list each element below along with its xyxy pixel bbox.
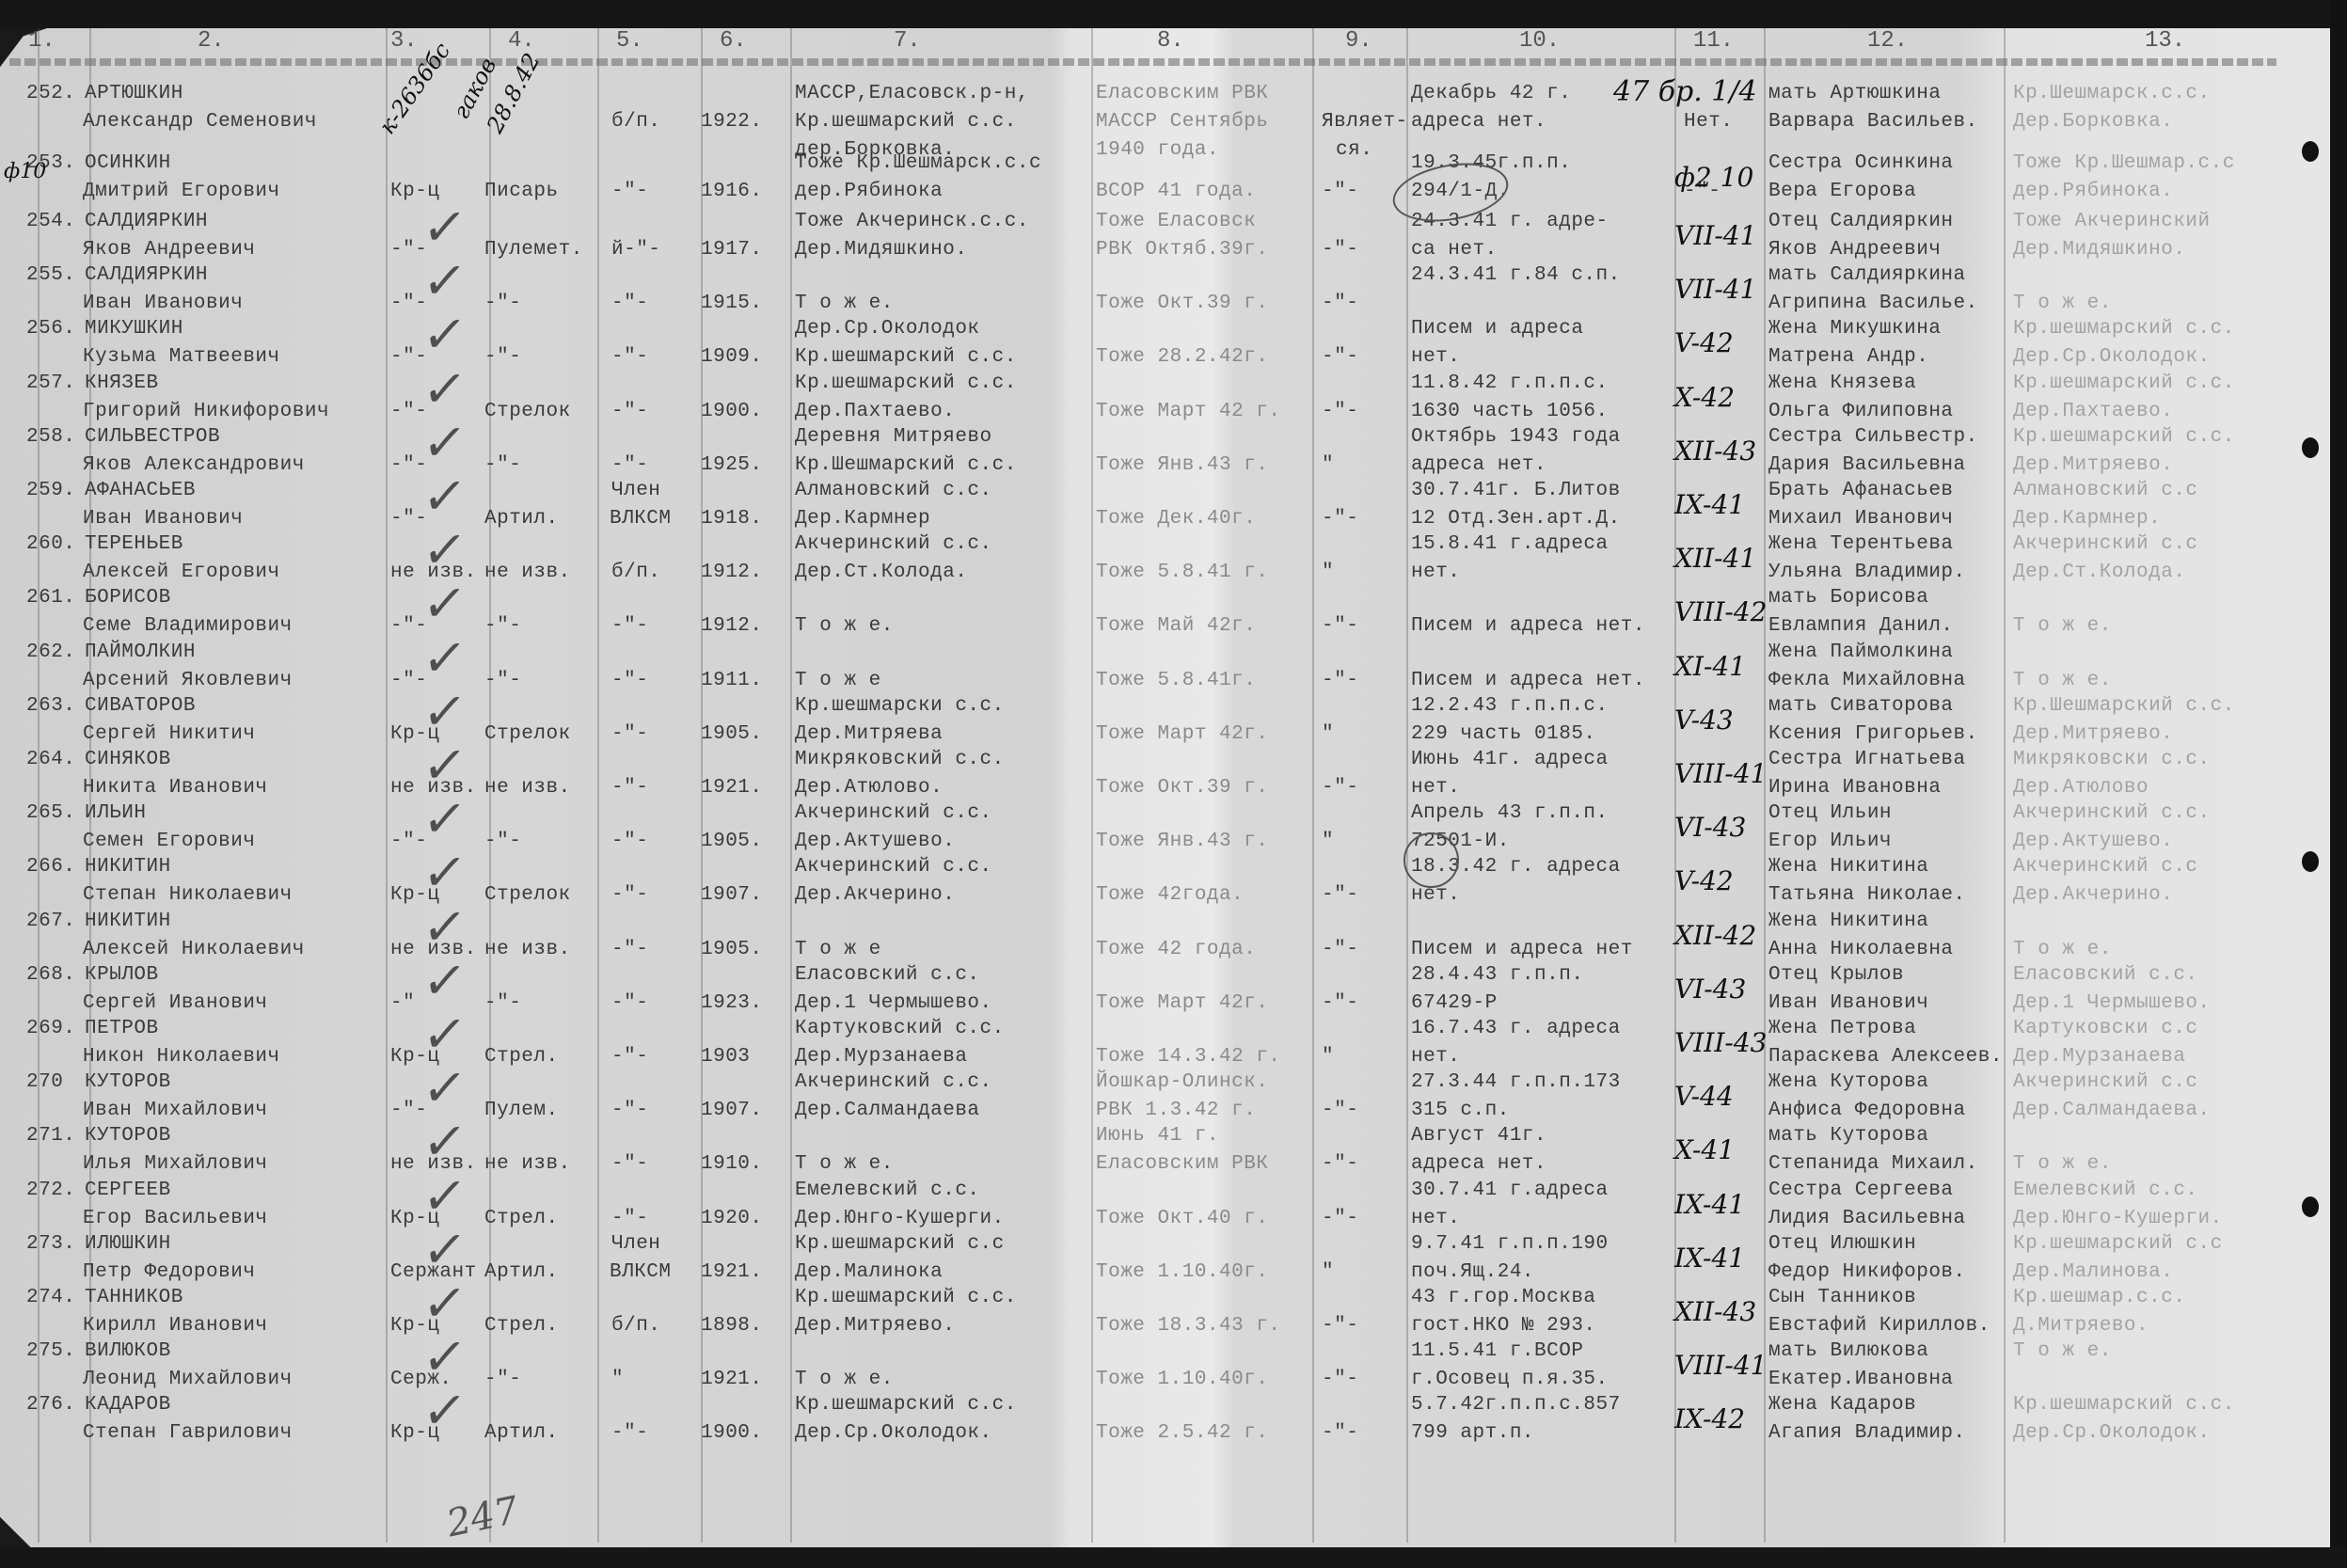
cell-c7b: Дер.1 Чермышево.: [795, 990, 992, 1017]
cell-c7a: Кр.шешмарский с.с.: [795, 1392, 1017, 1418]
cell-c5: -"-: [611, 613, 648, 640]
table-row: 257.КНЯЗЕВГригорий Никифорович-"-Стрелок…: [0, 371, 2333, 429]
cell-c12a: Жена Князева: [1768, 371, 1916, 397]
cell-c5: -"-: [611, 829, 648, 855]
cell-surname: ИЛЬИН: [85, 800, 147, 827]
cell-surname: СИНЯКОВ: [85, 747, 171, 773]
cell-c13a: Еласовский с.с.: [2013, 962, 2198, 989]
cell-c9: ": [1322, 1044, 1334, 1070]
cell-c4: не изв.: [484, 1151, 571, 1178]
cell-c8b: ВСОР 41 года.: [1096, 179, 1256, 205]
cell-c9: -"-: [1322, 613, 1358, 640]
cell-surname: САЛДИЯРКИН: [85, 209, 208, 235]
cell-c4: Артил.: [484, 1259, 559, 1286]
cell-surname: ВИЛЮКОВ: [85, 1338, 171, 1365]
cell-c12a: Сестра Сильвестр.: [1768, 424, 1978, 451]
cell-surname: ПЕТРОВ: [85, 1016, 159, 1042]
cell-c10a: 11.5.41 г.ВСОР: [1411, 1338, 1583, 1365]
cell-c10b: 229 часть 0185.: [1411, 721, 1596, 748]
handwritten-date: ф2 10: [1674, 162, 1753, 193]
cell-c4: Артил.: [484, 506, 559, 532]
cell-c4: -"-: [484, 344, 521, 371]
cell-c8a: Июнь 41 г.: [1096, 1123, 1219, 1149]
cell-c5: -"-: [611, 1044, 648, 1070]
cell-c7b: Дер.Пахтаево.: [795, 399, 955, 425]
cell-name: Иван Иванович: [83, 506, 243, 532]
cell-c6: 1907.: [701, 882, 763, 909]
handwritten-note-col11: 47 бр. 1/4: [1613, 75, 1757, 108]
cell-c4: Стрелок: [484, 399, 571, 425]
cell-c5: б/п.: [611, 109, 660, 135]
cell-c6: 1900.: [701, 1420, 763, 1447]
column-number: 5.: [616, 28, 643, 54]
cell-c8b: Тоже Окт.40 г.: [1096, 1206, 1268, 1232]
cell-c12b: Вера Егорова: [1768, 179, 1916, 205]
cell-c8b: РВК 1.3.42 г.: [1096, 1098, 1256, 1124]
cell-c7b: Дер.Актушево.: [795, 829, 955, 855]
cell-no: 259.: [26, 478, 75, 504]
cell-c10b: г.Осовец п.я.35.: [1411, 1367, 1609, 1393]
cell-c5: ": [611, 1367, 624, 1393]
cell-c10b: нет.: [1411, 344, 1460, 371]
cell-c13a: Акчеринский с.с: [2013, 531, 2198, 558]
cell-c12b: Агрипина Василье.: [1768, 291, 1978, 317]
cell-c6: 1912.: [701, 560, 763, 586]
cell-c10a: 30.7.41 г.адреса: [1411, 1178, 1609, 1204]
cell-c13a: Акчеринский с.с.: [2013, 800, 2211, 827]
cell-c9: -"-: [1322, 344, 1358, 371]
cell-c7a: Акчеринский с.с.: [795, 800, 992, 827]
cell-c9: -"-: [1322, 1151, 1358, 1178]
cell-c12b: Татьяна Николае.: [1768, 882, 1966, 909]
cell-c7b: Т о ж е.: [795, 291, 894, 317]
cell-c10a: Писем и адреса: [1411, 316, 1583, 342]
cell-c9: -"-: [1322, 399, 1358, 425]
cell-c12a: Отец Илюшкин: [1768, 1231, 1916, 1258]
scan-border-top: [0, 0, 2347, 28]
cell-c8b: РВК Октяб.39г.: [1096, 237, 1268, 263]
cell-c4: Стрел.: [484, 1206, 559, 1232]
cell-c9: -"-: [1322, 179, 1358, 205]
column-number: 2.: [198, 28, 225, 54]
cell-c13a: Тоже Кр.Шешмар.с.с: [2013, 150, 2235, 177]
checkmark-icon: ✓: [420, 1005, 470, 1064]
cell-c7b: Дер.Акчерино.: [795, 882, 955, 909]
cell-surname: ТАННИКОВ: [85, 1285, 183, 1311]
handwritten-date: IX-41: [1674, 489, 1745, 520]
checkmark-icon: ✓: [420, 359, 470, 419]
handwritten-date: VIII-42: [1674, 596, 1768, 627]
cell-no: 276.: [26, 1392, 75, 1418]
header-separator: [9, 58, 2276, 66]
cell-c8b: Тоже 42 года.: [1096, 937, 1256, 963]
cell-c9: -"-: [1322, 1367, 1358, 1393]
table-row: 260.ТЕРЕНЬЕВАлексей Егоровичне изв.не из…: [0, 531, 2333, 590]
cell-surname: МИКУШКИН: [85, 316, 183, 342]
handwritten-date: IX-41: [1674, 1243, 1745, 1274]
cell-c9: Являет-: [1322, 109, 1408, 135]
handwritten-date: IX-41: [1674, 1189, 1745, 1220]
cell-surname: КНЯЗЕВ: [85, 371, 159, 397]
table-row: 263.СИВАТОРОВСергей НикитичКр-цСтрелок-"…: [0, 693, 2333, 752]
cell-c12a: Отец Ильин: [1768, 800, 1892, 827]
cell-c10a: Июнь 41г. адреса: [1411, 747, 1609, 773]
cell-c7b: Кр.шешмарский с.с.: [795, 344, 1017, 371]
table-row: 275.ВИЛЮКОВЛеонид МихайловичСерж.-"-"192…: [0, 1338, 2333, 1397]
table-row: 276.КАДАРОВСтепан ГавриловичКр-цАртил.-"…: [0, 1392, 2333, 1450]
cell-c12b: Екатер.Ивановна: [1768, 1367, 1954, 1393]
cell-name: Иван Михайлович: [83, 1098, 268, 1124]
cell-name: Яков Андреевич: [83, 237, 255, 263]
cell-surname: СИЛЬВЕСТРОВ: [85, 424, 220, 451]
cell-c4: -"-: [484, 829, 521, 855]
cell-surname: АФАНАСЬЕВ: [85, 478, 196, 504]
cell-c8b: Еласовским РВК: [1096, 1151, 1268, 1178]
cell-c8a: Йошкар-Олинск.: [1096, 1069, 1268, 1096]
cell-c10b: 799 арт.п.: [1411, 1420, 1534, 1447]
cell-c8b: Тоже Янв.43 г.: [1096, 829, 1268, 855]
cell-c7b: Дер.Ст.Колода.: [795, 560, 967, 586]
checkmark-icon: ✓: [420, 1327, 470, 1386]
cell-surname: КУТОРОВ: [85, 1123, 171, 1149]
cell-c7b: Кр.Шешмарский с.с.: [795, 452, 1017, 479]
cell-c13b: Дер.1 Чермышево.: [2013, 990, 2211, 1017]
table-row: 265.ИЛЬИНСемен Егорович-"--"--"-1905.Акч…: [0, 800, 2333, 859]
cell-surname: КУТОРОВ: [85, 1069, 171, 1096]
cell-c7a: Картуковский с.с.: [795, 1016, 1005, 1042]
checkmark-icon: ✓: [420, 951, 470, 1010]
cell-surname: СИВАТОРОВ: [85, 693, 196, 720]
cell-c6: 1923.: [701, 990, 763, 1017]
table-row: 264.СИНЯКОВНикита Ивановичне изв.не изв.…: [0, 747, 2333, 805]
handwritten-date: X-42: [1674, 382, 1735, 413]
cell-no: 262.: [26, 640, 75, 666]
cell-c5: -"-: [611, 1420, 648, 1447]
cell-surname: КРЫЛОВ: [85, 962, 159, 989]
cell-c8b: Тоже Март 42 г.: [1096, 399, 1281, 425]
cell-no: 256.: [26, 316, 75, 342]
cell-c6: 1910.: [701, 1151, 763, 1178]
cell-name: Петр Федорович: [83, 1259, 255, 1286]
cell-c12b: Варвара Васильев.: [1768, 109, 1978, 135]
cell-no: 261.: [26, 585, 75, 611]
cell-c5: -"-: [611, 882, 648, 909]
cell-c12a: мать Сиваторова: [1768, 693, 1954, 720]
cell-no: 260.: [26, 531, 75, 558]
cell-c12b: Егор Ильич: [1768, 829, 1892, 855]
cell-c8b: Тоже 42года.: [1096, 882, 1244, 909]
cell-c7a: Кр.шешмарски с.с.: [795, 693, 1005, 720]
cell-c10b: Писем и адреса нет: [1411, 937, 1633, 963]
cell-c4: Стрелок: [484, 721, 571, 748]
table-row: 258.СИЛЬВЕСТРОВЯков Александрович-"--"--…: [0, 424, 2333, 483]
cell-c12a: Сын Танников: [1768, 1285, 1916, 1311]
cell-c12b: Ксения Григорьев.: [1768, 721, 1978, 748]
cell-c10a: 12.2.43 г.п.п.с.: [1411, 693, 1609, 720]
cell-no: 264.: [26, 747, 75, 773]
cell-c12a: Сестра Осинкина: [1768, 150, 1954, 177]
cell-c6: 1911.: [701, 668, 763, 694]
checkmark-icon: ✓: [420, 1058, 470, 1117]
checkmark-icon: ✓: [420, 520, 470, 579]
cell-c13b: Т о ж е.: [2013, 668, 2112, 694]
handwritten-date: VIII-41: [1674, 758, 1768, 789]
cell-c13a: Тоже Акчеринский: [2013, 209, 2211, 235]
cell-c12b: Фекла Михайловна: [1768, 668, 1966, 694]
checkmark-icon: ✓: [420, 1112, 470, 1171]
cell-name: Семен Егорович: [83, 829, 255, 855]
cell-c10b: 1630 часть 1056.: [1411, 399, 1609, 425]
cell-c5: -"-: [611, 344, 648, 371]
cell-name: Егор Васильевич: [83, 1206, 268, 1232]
cell-c13b: Дер.Ст.Колода.: [2013, 560, 2185, 586]
cell-c7b: Т о ж е.: [795, 1151, 894, 1178]
table-row: 252.АРТЮШКИНАлександр Семеновичб/п.1922.…: [0, 81, 2333, 139]
cell-c5: -"-: [611, 1098, 648, 1124]
cell-c10a: Август 41г.: [1411, 1123, 1546, 1149]
cell-no: 255.: [26, 262, 75, 289]
column-number: 12.: [1867, 28, 1908, 54]
column-number: 11.: [1693, 28, 1734, 54]
cell-surname: БОРИСОВ: [85, 585, 171, 611]
cell-c7b: Т о ж е: [795, 668, 881, 694]
cell-c13a: Кр.шешмарский с.с.: [2013, 424, 2235, 451]
checkmark-icon: ✓: [420, 789, 470, 848]
cell-c4: не изв.: [484, 775, 571, 801]
table-row: 271.КУТОРОВИлья Михайловичне изв.не изв.…: [0, 1123, 2333, 1181]
cell-name: Леонид Михайлович: [83, 1367, 293, 1393]
cell-c10a: 43 г.гор.Москва: [1411, 1285, 1596, 1311]
cell-c13b: Дер.Мурзанаева: [2013, 1044, 2185, 1070]
cell-c13b: Дер.Мидяшкино.: [2013, 237, 2185, 263]
cell-c9: ": [1322, 560, 1334, 586]
handwritten-date: XII-43: [1674, 1296, 1756, 1327]
cell-c9: -"-: [1322, 237, 1358, 263]
cell-c12a: мать Куторова: [1768, 1123, 1928, 1149]
cell-c6: 1921.: [701, 1367, 763, 1393]
checkmark-icon: ✓: [420, 1220, 470, 1279]
table-row: 259.АФАНАСЬЕВИван Иванович-"-Артил.ЧленВ…: [0, 478, 2333, 536]
cell-c13b: Дер.Пахтаево.: [2013, 399, 2173, 425]
cell-c5: -"-: [611, 668, 648, 694]
checkmark-icon: ✓: [420, 736, 470, 795]
cell-c7a: Кр.шешмарский с.с.: [795, 1285, 1017, 1311]
cell-c12b: Ульяна Владимир.: [1768, 560, 1966, 586]
cell-no: 267.: [26, 909, 75, 935]
cell-c7b: Дер.Ср.Околодок.: [795, 1420, 992, 1447]
handwritten-date: VIII-43: [1674, 1027, 1768, 1058]
cell-c10a: 24.3.41 г.84 с.п.: [1411, 262, 1621, 289]
cell-c4: -"-: [484, 668, 521, 694]
cell-c9: -"-: [1322, 1313, 1358, 1339]
cell-c9: -"-: [1322, 882, 1358, 909]
cell-c7b: Дер.Митряево.: [795, 1313, 955, 1339]
cell-c13b: Дер.Юнго-Кушерги.: [2013, 1206, 2223, 1232]
cell-c8b: Тоже 18.3.43 г.: [1096, 1313, 1281, 1339]
cell-c4: Артил.: [484, 1420, 559, 1447]
cell-c12b: Михаил Иванович: [1768, 506, 1954, 532]
column-number: 9.: [1345, 28, 1372, 54]
checkmark-icon: ✓: [420, 897, 470, 957]
cell-c7b: Дер.Мидяшкино.: [795, 237, 967, 263]
cell-c6: 1900.: [701, 399, 763, 425]
cell-c12b: Анна Николаевна: [1768, 937, 1954, 963]
cell-surname: СЕРГЕЕВ: [85, 1178, 171, 1204]
cell-c10b: Писем и адреса нет.: [1411, 668, 1645, 694]
cell-c12b: Анфиса Федоровна: [1768, 1098, 1966, 1124]
cell-c12b: Степанида Михаил.: [1768, 1151, 1978, 1178]
handwritten-date: IX-42: [1674, 1403, 1745, 1434]
cell-c10a: 5.7.42г.п.п.с.857: [1411, 1392, 1621, 1418]
cell-c10b: поч.Ящ.24.: [1411, 1259, 1534, 1286]
cell-c12a: Жена Никитина: [1768, 854, 1928, 880]
cell-c12a: Брать Афанасьев: [1768, 478, 1954, 504]
cell-surname: ОСИНКИН: [85, 150, 171, 177]
cell-c13b: Дер.Ср.Околодок.: [2013, 344, 2211, 371]
cell-c7a: Дер.Ср.Околодок: [795, 316, 980, 342]
cell-name: Сергей Никитич: [83, 721, 255, 748]
column-number: 3.: [390, 28, 418, 54]
cell-c6: 1920.: [701, 1206, 763, 1232]
cell-c10b: гост.НКО № 293.: [1411, 1313, 1596, 1339]
cell-c13a: Кр.шешмарский с.с.: [2013, 316, 2235, 342]
cell-c10a: 9.7.41 г.п.п.190: [1411, 1231, 1609, 1258]
cell-c10a: 15.8.41 г.адреса: [1411, 531, 1609, 558]
cell-c9: -"-: [1322, 775, 1358, 801]
cell-c6: 1921.: [701, 1259, 763, 1286]
cell-c9: -"-: [1322, 1098, 1358, 1124]
cell-c6: 1925.: [701, 452, 763, 479]
cell-c12b: Матрена Андр.: [1768, 344, 1928, 371]
cell-c13a: Кр.шешмарский с.с.: [2013, 371, 2235, 397]
handwritten-date: XII-42: [1674, 920, 1756, 951]
cell-surname: ПАЙМОЛКИН: [85, 640, 196, 666]
cell-c6: 1905.: [701, 829, 763, 855]
cell-c5: -"-: [611, 291, 648, 317]
cell-c9: -"-: [1322, 1206, 1358, 1232]
cell-no: 257.: [26, 371, 75, 397]
handwritten-date: XI-41: [1674, 651, 1746, 682]
cell-name: Иван Иванович: [83, 291, 243, 317]
cell-c13a: Картуковски с.с: [2013, 1016, 2198, 1042]
cell-name: Алексей Николаевич: [83, 937, 305, 963]
cell-c6: 1907.: [701, 1098, 763, 1124]
cell-c12a: мать Артюшкина: [1768, 81, 1941, 107]
cell-no: 274.: [26, 1285, 75, 1311]
punch-hole: [2302, 851, 2319, 872]
cell-c7b: дер.Рябинока: [795, 179, 943, 205]
cell-c12a: Жена Микушкина: [1768, 316, 1941, 342]
cell-c8b: Тоже Март 42г.: [1096, 990, 1268, 1017]
cell-c7b: Т о ж е.: [795, 613, 894, 640]
cell-c10b: са нет.: [1411, 237, 1498, 263]
cell-c8b: Тоже 5.8.41 г.: [1096, 560, 1268, 586]
circled-x-annotation: [1403, 832, 1459, 888]
cell-c7a: Деревня Митряево: [795, 424, 992, 451]
scan-border-bottom: [0, 1547, 2347, 1568]
cell-c8b: Тоже Май 42г.: [1096, 613, 1256, 640]
table-row: 274.ТАННИКОВКирилл ИвановичКр-цСтрел.б/п…: [0, 1285, 2333, 1343]
handwritten-date: V-42: [1674, 327, 1734, 358]
cell-c10b: нет.: [1411, 1044, 1460, 1070]
handwritten-date: VII-41: [1674, 220, 1756, 251]
handwritten-date: VII-41: [1674, 274, 1756, 305]
cell-c12a: Отец Крылов: [1768, 962, 1904, 989]
cell-c7a: Акчеринский с.с.: [795, 531, 992, 558]
cell-c10b: адреса нет.: [1411, 109, 1546, 135]
cell-c8b: Тоже 5.8.41г.: [1096, 668, 1256, 694]
cell-c12a: Жена Паймолкина: [1768, 640, 1954, 666]
cell-c10b: адреса нет.: [1411, 452, 1546, 479]
cell-c7a: Микряковский с.с.: [795, 747, 1005, 773]
cell-c5: б/п.: [611, 1313, 660, 1339]
cell-c12a: мать Салдияркина: [1768, 262, 1966, 289]
cell-c10b: Писем и адреса нет.: [1411, 613, 1645, 640]
checkmark-icon: ✓: [420, 251, 470, 310]
cell-c13a: Кр.Шешмарский с.с.: [2013, 693, 2235, 720]
cell-c13b: Дер.Акчерино.: [2013, 882, 2173, 909]
cell-c8b: Тоже Дек.40г.: [1096, 506, 1256, 532]
punch-hole: [2302, 437, 2319, 458]
cell-c7b: Т о ж е.: [795, 1367, 894, 1393]
cell-c10b: 67429-Р: [1411, 990, 1498, 1017]
cell-no: 268.: [26, 962, 75, 989]
handwritten-date: VIII-41: [1674, 1350, 1768, 1381]
cell-surname: НИКИТИН: [85, 909, 171, 935]
column-number: 8.: [1157, 28, 1184, 54]
cell-c5: -"-: [611, 775, 648, 801]
cell-c4: не изв.: [484, 560, 571, 586]
cell-c5: Член: [611, 478, 660, 504]
table-row: 256.МИКУШКИНКузьма Матвеевич-"--"--"-190…: [0, 316, 2333, 374]
cell-c9: -"-: [1322, 937, 1358, 963]
cell-c13b: Дер.Борковка.: [2013, 109, 2173, 135]
cell-no: 270: [26, 1069, 63, 1096]
cell-c13b: Дер.Салмандаева.: [2013, 1098, 2211, 1124]
cell-surname: ИЛЮШКИН: [85, 1231, 171, 1258]
cell-c12b: Евлампия Данил.: [1768, 613, 1954, 640]
cell-no: 254.: [26, 209, 75, 235]
cell-name: Яков Александрович: [83, 452, 305, 479]
handwritten-date: V-43: [1674, 705, 1734, 736]
table-row: 255.САЛДИЯРКИНИван Иванович-"--"--"-1915…: [0, 262, 2333, 321]
cell-c11: Нет.: [1684, 109, 1733, 135]
checkmark-icon: ✓: [420, 628, 470, 688]
cell-c4: Писарь: [484, 179, 559, 205]
handwritten-date: VI-43: [1674, 812, 1746, 843]
table-row: 272.СЕРГЕЕВЕгор ВасильевичКр-цСтрел.-"-1…: [0, 1178, 2333, 1236]
cell-c6: 1922.: [701, 109, 763, 135]
cell-c4: Стрелок: [484, 882, 571, 909]
cell-c6: 1898.: [701, 1313, 763, 1339]
cell-name: Александр Семенович: [83, 109, 317, 135]
table-row: 269.ПЕТРОВНикон НиколаевичКр-цСтрел.-"-1…: [0, 1016, 2333, 1074]
cell-name: Никита Иванович: [83, 775, 268, 801]
cell-c10b: нет.: [1411, 1206, 1460, 1232]
cell-c12b: Евстафий Кириллов.: [1768, 1313, 1990, 1339]
cell-c5: -"-: [611, 937, 648, 963]
checkmark-icon: ✓: [420, 1166, 470, 1226]
cell-c10a: 27.3.44 г.п.п.173: [1411, 1069, 1621, 1096]
cell-no: 273.: [26, 1231, 75, 1258]
cell-c7b: Дер.Малинока: [795, 1259, 943, 1286]
cell-c9: -"-: [1322, 1420, 1358, 1447]
checkmark-icon: ✓: [420, 574, 470, 633]
cell-c10a: 30.7.41г. Б.Литов: [1411, 478, 1621, 504]
cell-c12b: Яков Андреевич: [1768, 237, 1941, 263]
cell-c8b: Тоже 2.5.42 г.: [1096, 1420, 1268, 1447]
cell-c5: Член: [611, 1231, 660, 1258]
